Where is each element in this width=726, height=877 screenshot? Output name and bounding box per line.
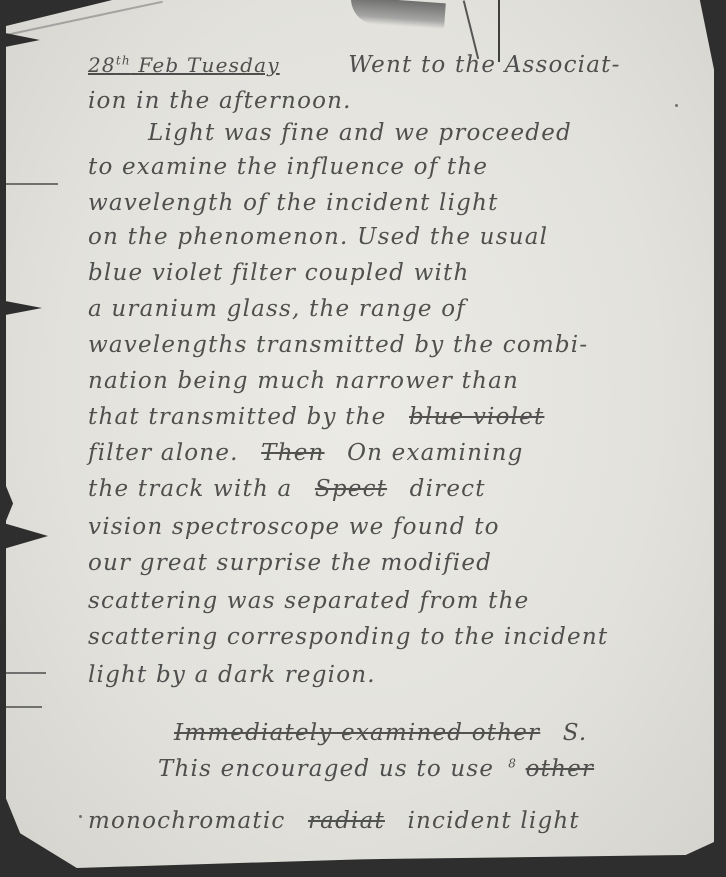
margin-mark bbox=[6, 672, 46, 674]
struck-text: Spect bbox=[315, 476, 387, 502]
ink-dot bbox=[79, 815, 82, 818]
entry-line-14: vision spectroscope we found to bbox=[88, 514, 500, 540]
entry-line-15: our great surprise the modified bbox=[88, 550, 492, 576]
struck-text: Immediately examined other bbox=[174, 720, 540, 746]
struck-text: other bbox=[526, 756, 595, 782]
entry-line-12: filter alone. Then On examining bbox=[88, 440, 538, 466]
entry-line-4: to examine the influence of the bbox=[88, 154, 488, 180]
entry-line-5: wavelength of the incident light bbox=[88, 190, 499, 216]
struck-text: blue violet bbox=[409, 404, 544, 430]
entry-line-3: Light was fine and we proceeded bbox=[148, 120, 572, 146]
margin-mark bbox=[6, 706, 42, 708]
entry-line-11: that transmitted by the blue violet bbox=[88, 404, 558, 430]
torn-edge-notch bbox=[0, 32, 40, 48]
entry-line-7: blue violet filter coupled with bbox=[88, 260, 469, 286]
entry-line-19: Immediately examined other S. bbox=[174, 720, 601, 746]
margin-mark bbox=[6, 183, 58, 185]
entry-line-16: scattering was separated from the bbox=[88, 588, 529, 614]
entry-line-8: a uranium glass, the range of bbox=[88, 296, 466, 322]
entry-line-18: light by a dark region. bbox=[88, 662, 376, 688]
struck-text: Then bbox=[261, 440, 324, 466]
entry-line-2: ion in the afternoon. bbox=[88, 88, 352, 114]
entry-line-13: the track with a Spect direct bbox=[88, 476, 500, 502]
insertion-mark: 8 bbox=[508, 756, 517, 770]
entry-line-20: This encouraged us to use8 other bbox=[158, 756, 608, 782]
scan-frame: 28th Feb Tuesday Went to the Associat- i… bbox=[0, 0, 726, 877]
entry-line-6: on the phenomenon. Used the usual bbox=[88, 224, 548, 250]
torn-edge-notch bbox=[0, 522, 48, 550]
entry-line-17: scattering corresponding to the incident bbox=[88, 624, 608, 650]
entry-line-10: nation being much narrower than bbox=[88, 368, 519, 394]
ink-blot bbox=[675, 104, 678, 107]
torn-edge-notch bbox=[0, 300, 42, 316]
entry-line-21: monochromatic radiat incident light bbox=[88, 808, 594, 834]
struck-text: radiat bbox=[308, 808, 385, 834]
entry-line-9: wavelengths transmitted by the combi- bbox=[88, 332, 588, 358]
entry-line-1: 28th Feb Tuesday Went to the Associat- bbox=[88, 52, 621, 78]
date-heading: 28th Feb Tuesday bbox=[88, 53, 280, 77]
